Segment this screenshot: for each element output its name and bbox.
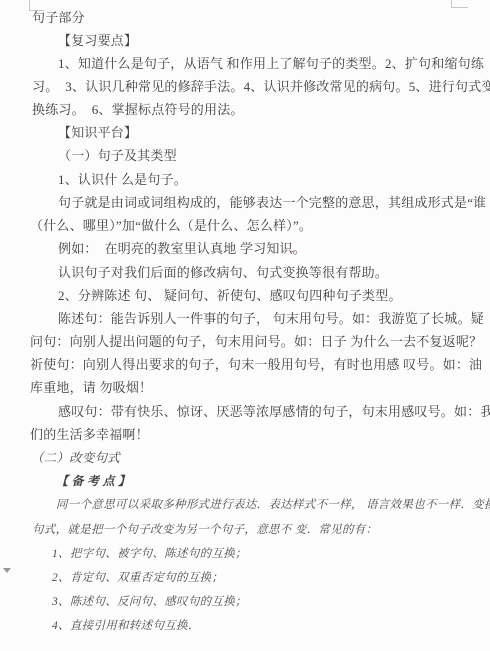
- heading-knowledge-platform: 【知识平台】: [58, 125, 137, 140]
- document-page: 句子部分 【复习要点】 1、知道什么是句子，从语气 和作用上了解句子的类型。2、…: [0, 0, 490, 651]
- text-line: 句式，就是把一个句子改变为另一个句子，意思不 变．常见的有：: [32, 523, 377, 538]
- text-line: 们的生活多幸福啊！: [30, 427, 149, 442]
- text-line: 1、知道什么是句子，从语气 和作用上了解句子的类型。2、扩句和缩句练: [58, 56, 484, 71]
- spellcheck-mark-icon: ˬ: [291, 244, 294, 252]
- margin-marker-icon: [3, 568, 11, 573]
- crop-mark-top-right-icon: [451, 0, 468, 8]
- text-line: 习。 3、认识几种常见的修辞手法。4、认识并修改常见的病句。5、进行句式变: [32, 79, 490, 94]
- list-item: 1、把字句、被字句、陈述句的互换；: [52, 547, 247, 562]
- heading-exam-points: 【备考点】: [56, 474, 134, 489]
- text-line: 认识句子对我们后面的修改病句、句式变换等很有帮助。: [58, 265, 388, 280]
- text-line: 2、分辨陈述 句、 疑问句、祈使句、感叹句四种句子类型。: [58, 288, 402, 303]
- heading-section-2: （二）改变句式: [31, 451, 120, 466]
- heading-review-points: 【复习要点】: [58, 33, 137, 48]
- list-item: 4、直接引用和转述句互换．: [52, 619, 200, 634]
- heading-section-1: （一）句子及其类型: [58, 148, 177, 163]
- text-line: 句子就是由词或词组构成的，能够表达一个完整的意思，其组成形式是“谁: [58, 195, 486, 210]
- text-line: 库重地，请 勿吸烟！: [30, 380, 152, 395]
- doc-title: 句子部分: [32, 10, 85, 25]
- text-line: 陈述句：能告诉别人一件事的句子， 句末用句号。如：我游览了长城。疑: [58, 311, 484, 326]
- text-line: 同一个意思可以采取多种形式进行表达．表达样式不一样， 语言效果也不一样．变换: [56, 498, 490, 513]
- list-item: 2、肯定句、双重否定句的互换；: [52, 571, 223, 586]
- list-item: 3、陈述句、反问句、感叹句的互换；: [52, 595, 247, 610]
- text-line: 问句：向别人提出问题的句子，句末用问号。如：日子 为什么一去不复返呢？: [30, 334, 482, 349]
- text-line: 1、认识什 么是句子。: [58, 172, 187, 187]
- text-line: 换练习。 6、掌握标点符号的用法。: [32, 102, 244, 117]
- text-line: 祈使句：向别人得出要求的句子，句末一般用句号，有时也用感 叹号。如：油: [30, 357, 482, 372]
- text-line: （什么、哪里）”加“做什么（是什么、怎么样）”。: [30, 218, 312, 233]
- text-line-example: 例如： 在明亮的教室里认真地 学习知识。: [58, 241, 306, 256]
- text-line: 感叹句：带有快乐、惊讶、厌恶等浓厚感情的句子，句末用感叹号。如：我: [58, 404, 490, 419]
